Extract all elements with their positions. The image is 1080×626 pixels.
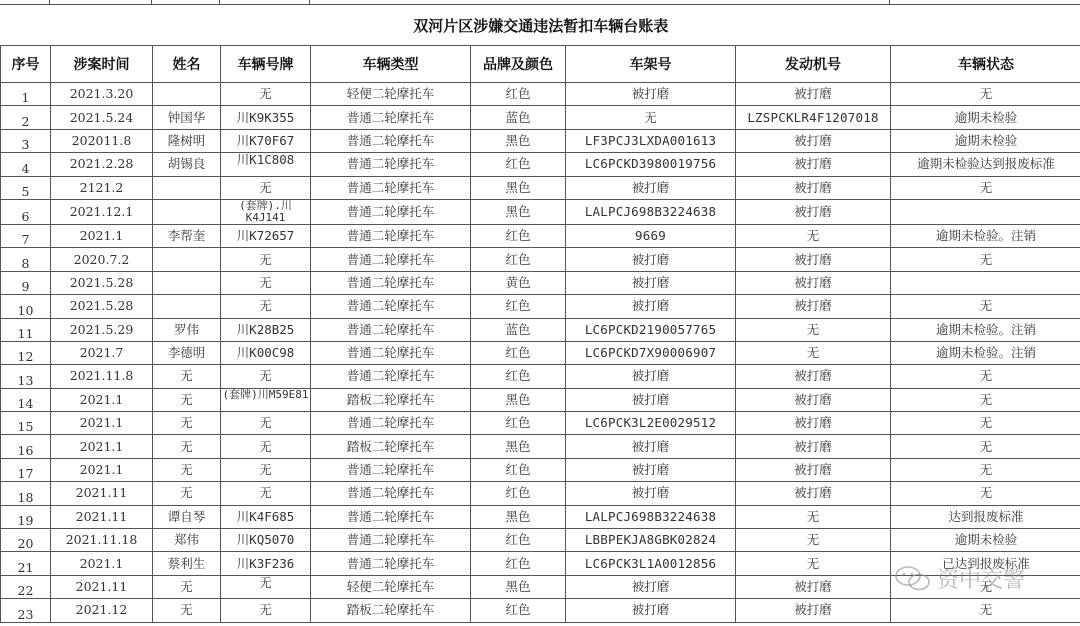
date-cell: 2021.12.1 bbox=[51, 199, 153, 224]
status-cell: 无 bbox=[891, 599, 1080, 622]
plate-cell: 川K00C98 bbox=[221, 341, 311, 364]
status-cell: 逾期未检验。注销 bbox=[891, 224, 1080, 247]
vin-cell: 9669 bbox=[566, 224, 736, 247]
name-cell: 无 bbox=[153, 458, 221, 481]
status-cell: 无 bbox=[891, 575, 1080, 598]
vin-cell: 被打磨 bbox=[566, 482, 736, 505]
vin-cell: LC6PCKD3980019756 bbox=[566, 153, 736, 176]
name-cell: 无 bbox=[153, 412, 221, 435]
vin-cell: 被打磨 bbox=[566, 295, 736, 318]
header-vin: 车架号 bbox=[566, 46, 736, 83]
engine-cell: 被打磨 bbox=[736, 83, 891, 106]
vin-cell: 被打磨 bbox=[566, 458, 736, 481]
vin-cell: 被打磨 bbox=[566, 365, 736, 388]
type-cell: 普通二轮摩托车 bbox=[311, 482, 471, 505]
name-cell: 钟国华 bbox=[153, 106, 221, 129]
date-cell: 2021.1 bbox=[51, 412, 153, 435]
name-cell bbox=[153, 248, 221, 271]
color-cell: 黑色 bbox=[471, 388, 566, 411]
name-cell bbox=[153, 176, 221, 199]
vin-cell: LC6PCKD2190057765 bbox=[566, 318, 736, 341]
plate-cell: 川K3F236 bbox=[221, 552, 311, 575]
status-cell: 达到报废标准 bbox=[891, 505, 1080, 528]
table-row: 72021.1李帮奎川K72657普通二轮摩托车红色9669无逾期未检验。注销 bbox=[1, 224, 1080, 247]
plate-cell: 川K4F685 bbox=[221, 505, 311, 528]
seq-cell: 6 bbox=[1, 199, 51, 224]
status-cell: 逾期未检验。注销 bbox=[891, 318, 1080, 341]
type-cell: 普通二轮摩托车 bbox=[311, 248, 471, 271]
date-cell: 2021.1 bbox=[51, 224, 153, 247]
header-plate: 车辆号牌 bbox=[221, 46, 311, 83]
seq-cell: 1 bbox=[1, 83, 51, 106]
status-cell bbox=[891, 199, 1080, 224]
table-row: 112021.5.29罗伟川K28B25普通二轮摩托车蓝色LC6PCKD2190… bbox=[1, 318, 1080, 341]
type-cell: 普通二轮摩托车 bbox=[311, 318, 471, 341]
seq-cell: 7 bbox=[1, 224, 51, 247]
engine-cell: 无 bbox=[736, 341, 891, 364]
seq-cell: 3 bbox=[1, 129, 51, 152]
name-cell: 无 bbox=[153, 575, 221, 598]
name-cell: 李帮奎 bbox=[153, 224, 221, 247]
table-row: 152021.1无无普通二轮摩托车红色LC6PCK3L2E0029512被打磨无 bbox=[1, 412, 1080, 435]
type-cell: 普通二轮摩托车 bbox=[311, 505, 471, 528]
name-cell: 无 bbox=[153, 435, 221, 458]
date-cell: 2021.11.18 bbox=[51, 529, 153, 552]
engine-cell: LZSPCKLR4F1207018 bbox=[736, 106, 891, 129]
seq-cell: 21 bbox=[1, 552, 51, 575]
color-cell: 红色 bbox=[471, 248, 566, 271]
seq-cell: 22 bbox=[1, 575, 51, 598]
color-cell: 蓝色 bbox=[471, 106, 566, 129]
status-cell: 无 bbox=[891, 365, 1080, 388]
color-cell: 红色 bbox=[471, 529, 566, 552]
header-status: 车辆状态 bbox=[891, 46, 1080, 83]
color-cell: 黑色 bbox=[471, 435, 566, 458]
status-cell: 无 bbox=[891, 412, 1080, 435]
seq-cell: 17 bbox=[1, 458, 51, 481]
vin-cell: 被打磨 bbox=[566, 83, 736, 106]
plate-cell: 无 bbox=[221, 365, 311, 388]
table-row: 82020.7.2无普通二轮摩托车红色被打磨被打磨无 bbox=[1, 248, 1080, 271]
type-cell: 普通二轮摩托车 bbox=[311, 295, 471, 318]
color-cell: 红色 bbox=[471, 83, 566, 106]
seq-cell: 14 bbox=[1, 388, 51, 411]
table-row: 62021.12.1(套牌).川K4J141普通二轮摩托车黑色LALPCJ698… bbox=[1, 199, 1080, 224]
vin-cell: 被打磨 bbox=[566, 388, 736, 411]
status-cell: 无 bbox=[891, 458, 1080, 481]
table-row: 22021.5.24钟国华川K9K355普通二轮摩托车蓝色无LZSPCKLR4F… bbox=[1, 106, 1080, 129]
plate-cell: 川K70F67 bbox=[221, 129, 311, 152]
plate-cell: (套牌)川M59E81 bbox=[221, 388, 311, 411]
table-row: 122021.7李德明川K00C98普通二轮摩托车红色LC6PCKD7X9000… bbox=[1, 341, 1080, 364]
table-row: 3202011.8隆树明川K70F67普通二轮摩托车黑色LF3PCJ3LXDA0… bbox=[1, 129, 1080, 152]
engine-cell: 被打磨 bbox=[736, 199, 891, 224]
table-row: 142021.1无(套牌)川M59E81踏板二轮摩托车黑色被打磨被打磨无 bbox=[1, 388, 1080, 411]
plate-cell: 无 bbox=[221, 575, 311, 598]
seq-cell: 16 bbox=[1, 435, 51, 458]
vin-cell: 被打磨 bbox=[566, 435, 736, 458]
plate-cell: 川K9K355 bbox=[221, 106, 311, 129]
seq-cell: 5 bbox=[1, 176, 51, 199]
name-cell: 谭自琴 bbox=[153, 505, 221, 528]
name-cell bbox=[153, 83, 221, 106]
type-cell: 普通二轮摩托车 bbox=[311, 224, 471, 247]
type-cell: 轻便二轮摩托车 bbox=[311, 575, 471, 598]
name-cell bbox=[153, 199, 221, 224]
type-cell: 普通二轮摩托车 bbox=[311, 106, 471, 129]
table-row: 102021.5.28无普通二轮摩托车红色被打磨被打磨无 bbox=[1, 295, 1080, 318]
type-cell: 普通二轮摩托车 bbox=[311, 199, 471, 224]
vin-cell: LC6PCKD7X90006907 bbox=[566, 341, 736, 364]
engine-cell: 被打磨 bbox=[736, 295, 891, 318]
seq-cell: 23 bbox=[1, 599, 51, 622]
color-cell: 黑色 bbox=[471, 505, 566, 528]
table-row: 42021.2.28胡锡良川K1C808普通二轮摩托车红色LC6PCKD3980… bbox=[1, 153, 1080, 176]
type-cell: 踏板二轮摩托车 bbox=[311, 388, 471, 411]
engine-cell: 无 bbox=[736, 318, 891, 341]
status-cell: 无 bbox=[891, 176, 1080, 199]
seq-cell: 2 bbox=[1, 106, 51, 129]
color-cell: 黑色 bbox=[471, 199, 566, 224]
plate-cell: 无 bbox=[221, 295, 311, 318]
color-cell: 红色 bbox=[471, 295, 566, 318]
date-cell: 2021.11 bbox=[51, 482, 153, 505]
name-cell: 蔡利生 bbox=[153, 552, 221, 575]
date-cell: 2020.7.2 bbox=[51, 248, 153, 271]
vin-cell: LALPCJ698B3224638 bbox=[566, 199, 736, 224]
header-date: 涉案时间 bbox=[51, 46, 153, 83]
status-cell: 无 bbox=[891, 435, 1080, 458]
plate-cell: 无 bbox=[221, 599, 311, 622]
type-cell: 普通二轮摩托车 bbox=[311, 412, 471, 435]
plate-cell: 无 bbox=[221, 435, 311, 458]
type-cell: 普通二轮摩托车 bbox=[311, 529, 471, 552]
vin-cell: 被打磨 bbox=[566, 599, 736, 622]
type-cell: 踏板二轮摩托车 bbox=[311, 599, 471, 622]
engine-cell: 被打磨 bbox=[736, 412, 891, 435]
seq-cell: 10 bbox=[1, 295, 51, 318]
table-row: 182021.11无无普通二轮摩托车红色被打磨被打磨无 bbox=[1, 482, 1080, 505]
date-cell: 2121.2 bbox=[51, 176, 153, 199]
name-cell: 隆树明 bbox=[153, 129, 221, 152]
type-cell: 普通二轮摩托车 bbox=[311, 365, 471, 388]
status-cell: 逾期未检验。注销 bbox=[891, 341, 1080, 364]
engine-cell: 被打磨 bbox=[736, 153, 891, 176]
status-cell bbox=[891, 271, 1080, 294]
engine-cell: 无 bbox=[736, 552, 891, 575]
name-cell bbox=[153, 271, 221, 294]
status-cell: 无 bbox=[891, 482, 1080, 505]
name-cell: 无 bbox=[153, 599, 221, 622]
date-cell: 2021.3.20 bbox=[51, 83, 153, 106]
header-engine: 发动机号 bbox=[736, 46, 891, 83]
seq-cell: 12 bbox=[1, 341, 51, 364]
vin-cell: 被打磨 bbox=[566, 575, 736, 598]
plate-cell: 川K72657 bbox=[221, 224, 311, 247]
vin-cell: LBBPEKJA8GBK02824 bbox=[566, 529, 736, 552]
type-cell: 普通二轮摩托车 bbox=[311, 552, 471, 575]
date-cell: 2021.2.28 bbox=[51, 153, 153, 176]
engine-cell: 被打磨 bbox=[736, 248, 891, 271]
date-cell: 2021.1 bbox=[51, 458, 153, 481]
table-row: 52121.2无普通二轮摩托车黑色被打磨被打磨无 bbox=[1, 176, 1080, 199]
status-cell: 无 bbox=[891, 248, 1080, 271]
date-cell: 2021.5.28 bbox=[51, 295, 153, 318]
header-type: 车辆类型 bbox=[311, 46, 471, 83]
vin-cell: LF3PCJ3LXDA001613 bbox=[566, 129, 736, 152]
engine-cell: 被打磨 bbox=[736, 129, 891, 152]
seq-cell: 15 bbox=[1, 412, 51, 435]
vin-cell: 被打磨 bbox=[566, 248, 736, 271]
name-cell: 无 bbox=[153, 482, 221, 505]
engine-cell: 无 bbox=[736, 224, 891, 247]
plate-cell: (套牌).川K4J141 bbox=[221, 199, 311, 224]
date-cell: 2021.5.29 bbox=[51, 318, 153, 341]
table-row: 132021.11.8无无普通二轮摩托车红色被打磨被打磨无 bbox=[1, 365, 1080, 388]
name-cell: 无 bbox=[153, 365, 221, 388]
date-cell: 202011.8 bbox=[51, 129, 153, 152]
vin-cell: 被打磨 bbox=[566, 271, 736, 294]
type-cell: 普通二轮摩托车 bbox=[311, 129, 471, 152]
color-cell: 红色 bbox=[471, 153, 566, 176]
engine-cell: 被打磨 bbox=[736, 365, 891, 388]
name-cell: 郑伟 bbox=[153, 529, 221, 552]
table-row: 202021.11.18郑伟川KQ5070普通二轮摩托车红色LBBPEKJA8G… bbox=[1, 529, 1080, 552]
color-cell: 红色 bbox=[471, 458, 566, 481]
seq-cell: 8 bbox=[1, 248, 51, 271]
table-row: 212021.1蔡利生川K3F236普通二轮摩托车红色LC6PCK3L1A001… bbox=[1, 552, 1080, 575]
table-body: 12021.3.20无轻便二轮摩托车红色被打磨被打磨无22021.5.24钟国华… bbox=[1, 83, 1080, 623]
engine-cell: 无 bbox=[736, 505, 891, 528]
date-cell: 2021.1 bbox=[51, 435, 153, 458]
date-cell: 2021.5.24 bbox=[51, 106, 153, 129]
name-cell bbox=[153, 295, 221, 318]
impounded-vehicles-table: 双河片区涉嫌交通违法暂扣车辆台账表 序号 涉案时间 姓名 车辆号牌 车辆类型 品… bbox=[0, 4, 1080, 623]
date-cell: 2021.1 bbox=[51, 552, 153, 575]
table-row: 232021.12无无踏板二轮摩托车红色被打磨被打磨无 bbox=[1, 599, 1080, 622]
spreadsheet: 双河片区涉嫌交通违法暂扣车辆台账表 序号 涉案时间 姓名 车辆号牌 车辆类型 品… bbox=[0, 0, 1080, 626]
seq-cell: 19 bbox=[1, 505, 51, 528]
color-cell: 红色 bbox=[471, 482, 566, 505]
status-cell: 已达到报废标准 bbox=[891, 552, 1080, 575]
seq-cell: 4 bbox=[1, 153, 51, 176]
header-name: 姓名 bbox=[153, 46, 221, 83]
seq-cell: 18 bbox=[1, 482, 51, 505]
vin-cell: LALPCJ698B3224638 bbox=[566, 505, 736, 528]
engine-cell: 被打磨 bbox=[736, 388, 891, 411]
plate-cell: 川K28B25 bbox=[221, 318, 311, 341]
status-cell: 逾期未检验达到报废标准 bbox=[891, 153, 1080, 176]
vin-cell: 无 bbox=[566, 106, 736, 129]
status-cell: 逾期未检验 bbox=[891, 129, 1080, 152]
table-row: 12021.3.20无轻便二轮摩托车红色被打磨被打磨无 bbox=[1, 83, 1080, 106]
type-cell: 普通二轮摩托车 bbox=[311, 458, 471, 481]
date-cell: 2021.11 bbox=[51, 575, 153, 598]
vin-cell: LC6PCK3L1A0012856 bbox=[566, 552, 736, 575]
plate-cell: 无 bbox=[221, 482, 311, 505]
status-cell: 无 bbox=[891, 295, 1080, 318]
vin-cell: LC6PCK3L2E0029512 bbox=[566, 412, 736, 435]
plate-cell: 无 bbox=[221, 412, 311, 435]
plate-cell: 川KQ5070 bbox=[221, 529, 311, 552]
color-cell: 红色 bbox=[471, 599, 566, 622]
date-cell: 2021.11.8 bbox=[51, 365, 153, 388]
color-cell: 黄色 bbox=[471, 271, 566, 294]
color-cell: 红色 bbox=[471, 224, 566, 247]
seq-cell: 13 bbox=[1, 365, 51, 388]
engine-cell: 无 bbox=[736, 529, 891, 552]
type-cell: 普通二轮摩托车 bbox=[311, 341, 471, 364]
type-cell: 普通二轮摩托车 bbox=[311, 153, 471, 176]
table-row: 222021.11无无轻便二轮摩托车黑色被打磨被打磨无 bbox=[1, 575, 1080, 598]
table-row: 172021.1无无普通二轮摩托车红色被打磨被打磨无 bbox=[1, 458, 1080, 481]
table-row: 192021.11谭自琴川K4F685普通二轮摩托车黑色LALPCJ698B32… bbox=[1, 505, 1080, 528]
table-row: 162021.1无无踏板二轮摩托车黑色被打磨被打磨无 bbox=[1, 435, 1080, 458]
table-row: 92021.5.28无普通二轮摩托车黄色被打磨被打磨 bbox=[1, 271, 1080, 294]
seq-cell: 11 bbox=[1, 318, 51, 341]
plate-cell: 无 bbox=[221, 176, 311, 199]
status-cell: 逾期未检验 bbox=[891, 106, 1080, 129]
status-cell: 无 bbox=[891, 83, 1080, 106]
engine-cell: 被打磨 bbox=[736, 271, 891, 294]
date-cell: 2021.5.28 bbox=[51, 271, 153, 294]
engine-cell: 被打磨 bbox=[736, 482, 891, 505]
color-cell: 黑色 bbox=[471, 176, 566, 199]
status-cell: 无 bbox=[891, 388, 1080, 411]
type-cell: 轻便二轮摩托车 bbox=[311, 83, 471, 106]
color-cell: 蓝色 bbox=[471, 318, 566, 341]
type-cell: 普通二轮摩托车 bbox=[311, 271, 471, 294]
color-cell: 红色 bbox=[471, 365, 566, 388]
seq-cell: 9 bbox=[1, 271, 51, 294]
color-cell: 红色 bbox=[471, 341, 566, 364]
plate-cell: 无 bbox=[221, 248, 311, 271]
plate-cell: 川K1C808 bbox=[221, 153, 311, 176]
engine-cell: 被打磨 bbox=[736, 458, 891, 481]
plate-cell: 无 bbox=[221, 83, 311, 106]
color-cell: 黑色 bbox=[471, 575, 566, 598]
date-cell: 2021.12 bbox=[51, 599, 153, 622]
plate-cell: 无 bbox=[221, 271, 311, 294]
plate-cell: 无 bbox=[221, 458, 311, 481]
engine-cell: 被打磨 bbox=[736, 435, 891, 458]
table-title: 双河片区涉嫌交通违法暂扣车辆台账表 bbox=[1, 5, 1080, 46]
name-cell: 李德明 bbox=[153, 341, 221, 364]
header-seq: 序号 bbox=[1, 46, 51, 83]
engine-cell: 被打磨 bbox=[736, 599, 891, 622]
engine-cell: 被打磨 bbox=[736, 575, 891, 598]
color-cell: 黑色 bbox=[471, 129, 566, 152]
date-cell: 2021.7 bbox=[51, 341, 153, 364]
date-cell: 2021.11 bbox=[51, 505, 153, 528]
name-cell: 无 bbox=[153, 388, 221, 411]
name-cell: 罗伟 bbox=[153, 318, 221, 341]
seq-cell: 20 bbox=[1, 529, 51, 552]
vin-cell: 被打磨 bbox=[566, 176, 736, 199]
header-color: 品牌及颜色 bbox=[471, 46, 566, 83]
status-cell: 逾期未检验 bbox=[891, 529, 1080, 552]
name-cell: 胡锡良 bbox=[153, 153, 221, 176]
date-cell: 2021.1 bbox=[51, 388, 153, 411]
color-cell: 红色 bbox=[471, 552, 566, 575]
color-cell: 红色 bbox=[471, 412, 566, 435]
header-row: 序号 涉案时间 姓名 车辆号牌 车辆类型 品牌及颜色 车架号 发动机号 车辆状态 bbox=[1, 46, 1080, 83]
engine-cell: 被打磨 bbox=[736, 176, 891, 199]
type-cell: 普通二轮摩托车 bbox=[311, 176, 471, 199]
type-cell: 踏板二轮摩托车 bbox=[311, 435, 471, 458]
